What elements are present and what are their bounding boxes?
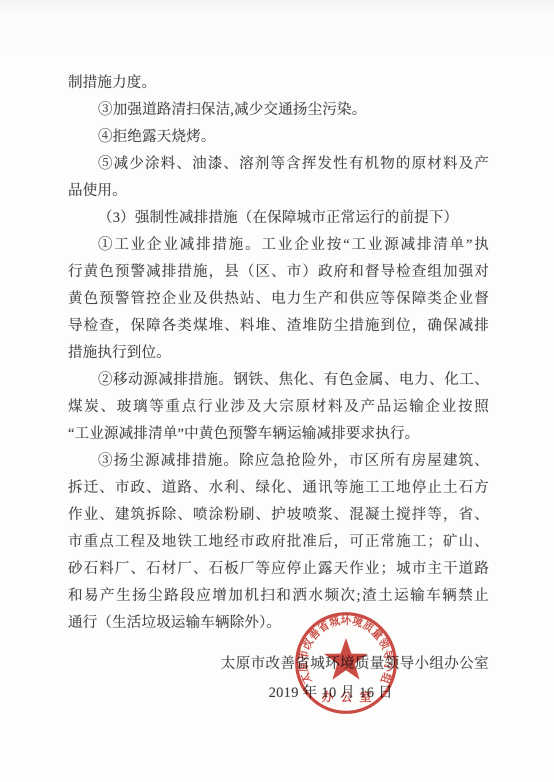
body-line: 砂石料厂、石材厂、石板厂等应停止露天作业；城市主干道路 [68,556,489,583]
body-line: 品使用。 [68,178,489,205]
body-line: ②移动源减排措施。钢铁、焦化、有色金属、电力、化工、 [68,367,489,394]
body-line: ③扬尘源减排措施。除应急抢险外，市区所有房屋建筑、 [68,448,489,475]
body-line: 和易产生扬尘路段应增加机扫和洒水频次;渣土运输车辆禁止 [68,583,489,610]
scanned-document-page: 制措施力度。③加强道路清扫保洁,减少交通扬尘污染。④拒绝露天烧烤。⑤减少涂料、油… [0,0,554,782]
seal-bottom-text: 办公室 [321,689,378,704]
body-line: 措施执行到位。 [68,340,489,367]
body-line: 市重点工程及地铁工地经市政府批准后，可正常施工；矿山、 [68,529,489,556]
body-line: 行黄色预警减排措施，县（区、市）政府和督导检查组加强对 [68,259,489,286]
body-line: “工业源减排清单”中黄色预警车辆运输减排要求执行。 [68,421,489,448]
body-line: ①工业企业减排措施。工业企业按“工业源减排清单”执 [68,232,489,259]
body-line: 作业、建筑拆除、喷涂粉刷、护坡喷浆、混凝土搅拌等，省、 [68,502,489,529]
body-line: ⑤减少涂料、油漆、溶剂等含挥发性有机物的原材料及产 [68,151,489,178]
body-line: 通行（生活垃圾运输车辆除外）。 [68,610,489,637]
body-line: ④拒绝露天烧烤。 [68,124,489,151]
body-line: 煤炭、玻璃等重点行业涉及大宗原材料及产品运输企业按照 [68,394,489,421]
body-line: 制措施力度。 [68,70,489,97]
seal-star-icon [324,638,368,680]
official-seal: 太原市改善省城环境质量领导小组 办公室 [291,608,401,718]
body-line: 导检查，保障各类煤堆、料堆、渣堆防尘措施到位，确保减排 [68,313,489,340]
body-line: 拆迁、市政、道路、水利、绿化、通讯等施工工地停止土石方 [68,475,489,502]
document-body: 制措施力度。③加强道路清扫保洁,减少交通扬尘污染。④拒绝露天烧烤。⑤减少涂料、油… [68,70,489,637]
body-line: 黄色预警管控企业及供热站、电力生产和供应等保障类企业督 [68,286,489,313]
body-line: （3）强制性减排措施（在保障城市正常运行的前提下） [68,205,489,232]
body-line: ③加强道路清扫保洁,减少交通扬尘污染。 [68,97,489,124]
